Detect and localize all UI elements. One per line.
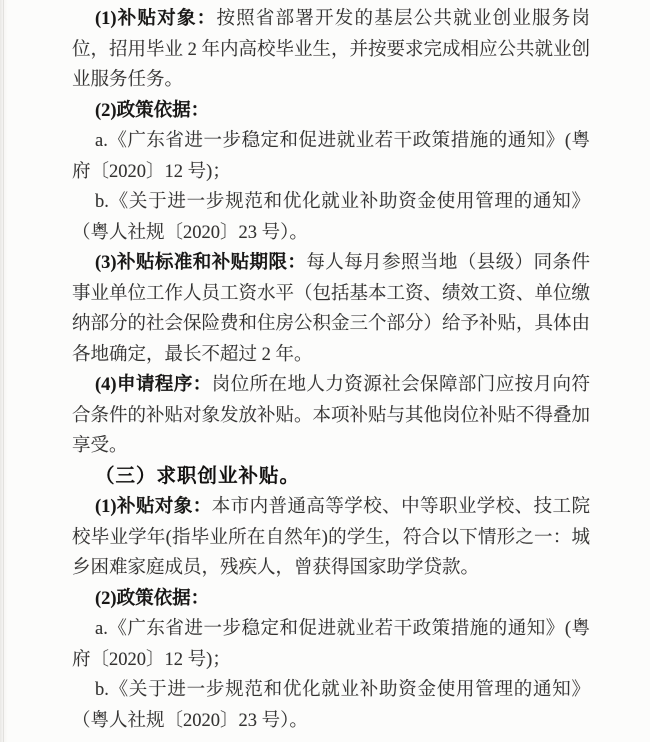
paragraph-text: a.《广东省进一步稳定和促进就业若干政策措施的通知》(粤府〔2020〕12 号)… [72, 619, 590, 670]
paragraph-subsidy-target-2: (1)补贴对象：本市内普通高等学校、中等职业学校、技工院校毕业学年(指毕业所在自… [72, 492, 590, 584]
paragraph-label: (2)政策依据： [95, 101, 209, 121]
paragraph-text: a.《广东省进一步稳定和促进就业若干政策措施的通知》(粤府〔2020〕12 号)… [72, 131, 590, 182]
scan-edge-line [3, 0, 4, 742]
paragraph-policy-basis-item-a-2: a.《广东省进一步稳定和促进就业若干政策措施的通知》(粤府〔2020〕12 号)… [72, 614, 590, 675]
paragraph-label: (4)申请程序： [95, 375, 212, 395]
paragraph-text: b.《关于进一步规范和优化就业补助资金使用管理的通知》（粤人社规〔2020〕23… [72, 680, 590, 731]
paragraph-subsidy-standard-and-period: (3)补贴标准和补贴期限：每人每月参照当地（县级）同条件事业单位工作人员工资水平… [72, 248, 590, 370]
paragraph-text: b.《关于进一步规范和优化就业补助资金使用管理的通知》（粤人社规〔2020〕23… [72, 192, 590, 243]
paragraph-subsidy-target: (1)补贴对象：按照省部署开发的基层公共就业创业服务岗位，招用毕业 2 年内高校… [72, 4, 590, 96]
scan-page-edge [0, 0, 8, 742]
paragraph-application-procedure: (4)申请程序：岗位所在地人力资源社会保障部门应按月向符合条件的补贴对象发放补贴… [72, 370, 590, 462]
paragraph-label: (2)政策依据： [95, 589, 209, 609]
paragraph-policy-basis-item-a: a.《广东省进一步稳定和促进就业若干政策措施的通知》(粤府〔2020〕12 号)… [72, 126, 590, 187]
paragraph-label: (1)补贴对象： [95, 9, 216, 29]
document-content: (1)补贴对象：按照省部署开发的基层公共就业创业服务岗位，招用毕业 2 年内高校… [72, 4, 590, 736]
paragraph-policy-basis-item-b-2: b.《关于进一步规范和优化就业补助资金使用管理的通知》（粤人社规〔2020〕23… [72, 675, 590, 736]
paragraph-label: (1)补贴对象： [95, 497, 212, 517]
paragraph-policy-basis-item-b: b.《关于进一步规范和优化就业补助资金使用管理的通知》（粤人社规〔2020〕23… [72, 187, 590, 248]
paragraph-policy-basis-heading-2: (2)政策依据： [72, 584, 590, 615]
section-heading-job-seeking-startup-subsidy: （三）求职创业补贴。 [72, 462, 590, 493]
paragraph-policy-basis-heading: (2)政策依据： [72, 96, 590, 127]
paragraph-label: (3)补贴标准和补贴期限： [95, 253, 306, 273]
section-heading-label: （三）求职创业补贴。 [95, 466, 300, 487]
